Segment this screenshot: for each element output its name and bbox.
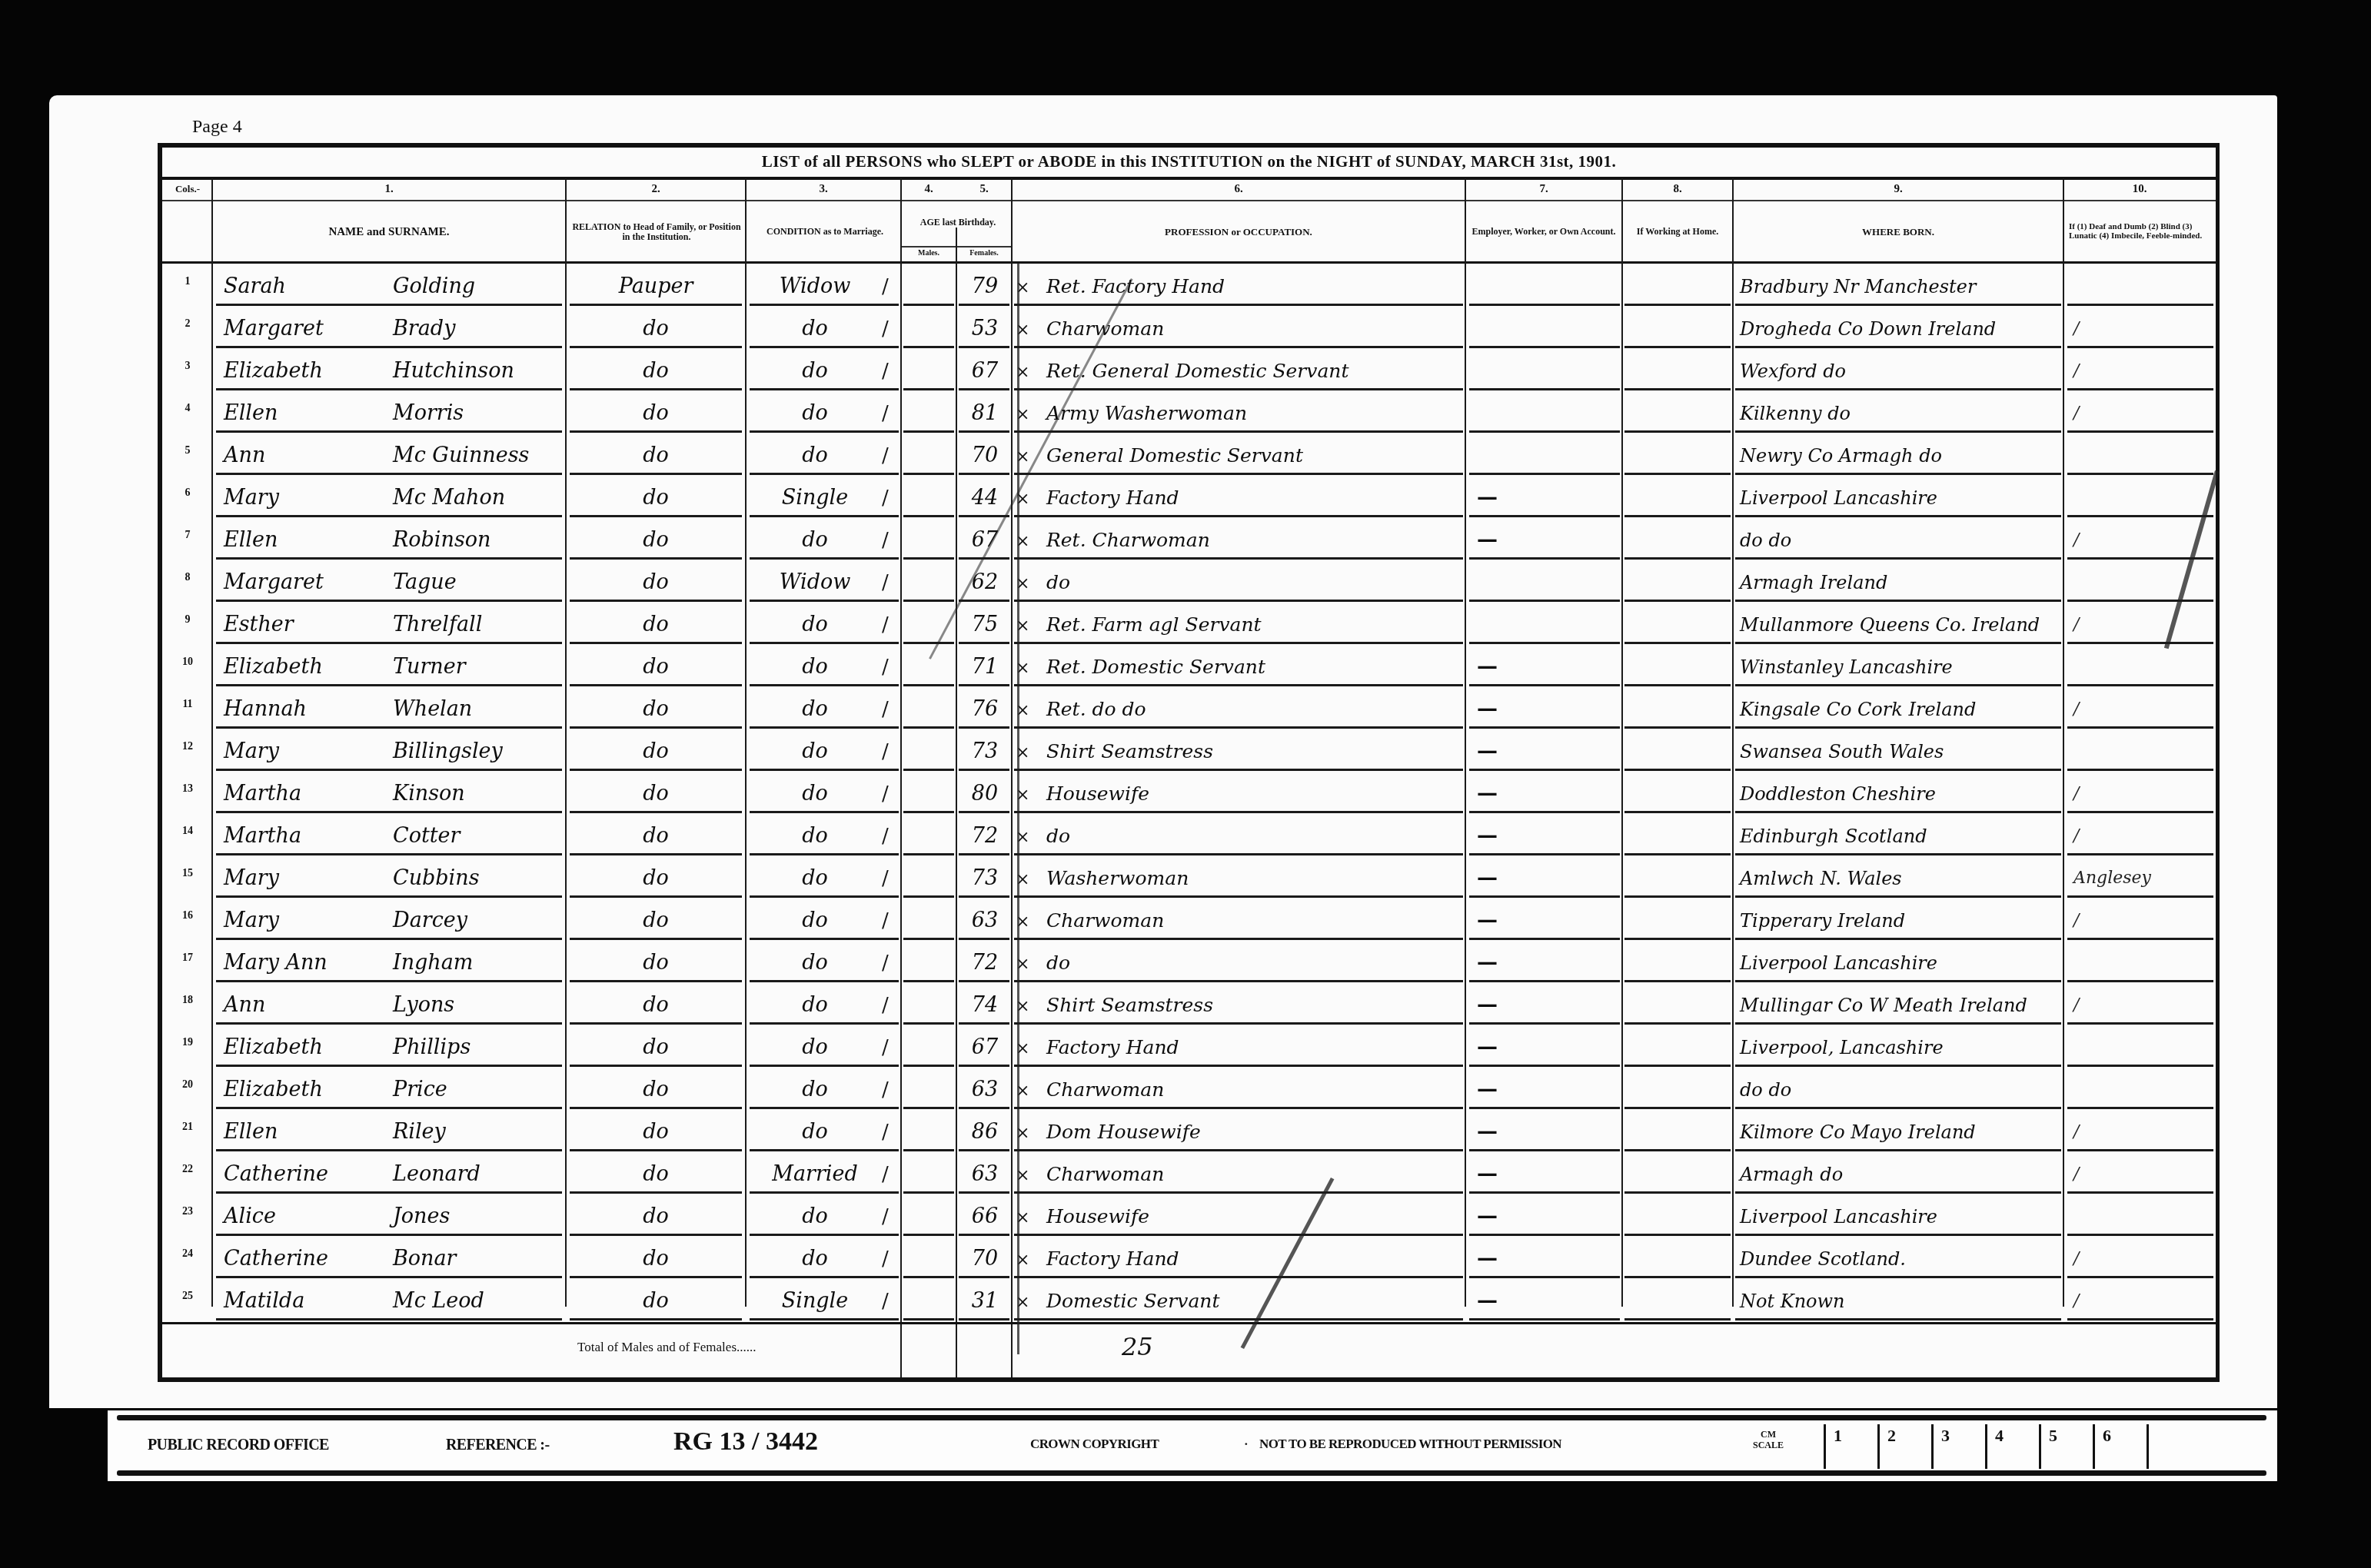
ruled-line bbox=[1014, 473, 1463, 475]
ruled-line bbox=[1624, 1234, 1731, 1236]
surname: Brady bbox=[393, 312, 455, 346]
occupation: Shirt Seamstress bbox=[1046, 988, 1213, 1022]
condition: do bbox=[750, 523, 880, 557]
relation: do bbox=[570, 1200, 742, 1234]
condition: do bbox=[750, 904, 880, 938]
condition: Widow bbox=[750, 270, 880, 304]
ruled-line bbox=[903, 430, 954, 433]
ruled-line bbox=[1624, 642, 1731, 644]
occupation: Charwoman bbox=[1046, 1158, 1164, 1191]
ruled-line bbox=[2067, 515, 2213, 517]
footer-notice: NOT TO BE REPRODUCED WITHOUT PERMISSION bbox=[1250, 1437, 1561, 1452]
table-row: 25 Matilda Mc Leod do Single / 31 × Dome… bbox=[162, 1280, 2216, 1322]
ruled-line bbox=[1469, 600, 1620, 602]
where-born: Mullanmore Queens Co. Ireland bbox=[1740, 608, 2040, 642]
relation: do bbox=[570, 566, 742, 600]
ruled-line bbox=[959, 430, 1009, 433]
ruled-line bbox=[750, 853, 899, 855]
table-row: 13 Martha Kinson do do / 80 × Housewife … bbox=[162, 772, 2216, 815]
ruled-line bbox=[959, 304, 1009, 306]
ruled-line bbox=[216, 1149, 562, 1151]
row-number: 13 bbox=[162, 783, 213, 796]
ruled-line bbox=[959, 684, 1009, 686]
ruled-line bbox=[2067, 1191, 2213, 1194]
col-number-10: 10. bbox=[2064, 183, 2215, 196]
row-number: 18 bbox=[162, 995, 213, 1007]
col-number-3: 3. bbox=[747, 183, 900, 196]
age-female: 31 bbox=[962, 1284, 1008, 1318]
occupation: Charwoman bbox=[1046, 904, 1164, 938]
ruled-line bbox=[216, 769, 562, 771]
condition: do bbox=[750, 354, 880, 388]
col-number-7: 7. bbox=[1466, 183, 1621, 196]
table-row: 15 Mary Cubbins do do / 73 × Washerwoman… bbox=[162, 857, 2216, 899]
ruled-line bbox=[1014, 1149, 1463, 1151]
employer: — bbox=[1477, 693, 1498, 726]
row-number: 14 bbox=[162, 826, 213, 838]
relation: do bbox=[570, 946, 742, 980]
first-name: Mary Ann bbox=[224, 946, 328, 980]
ruled-line bbox=[750, 1234, 899, 1236]
first-name: Esther bbox=[224, 608, 294, 642]
divider bbox=[162, 177, 2216, 180]
relation: do bbox=[570, 397, 742, 430]
ruled-line bbox=[750, 1149, 899, 1151]
ruled-line bbox=[750, 726, 899, 729]
ruled-line bbox=[903, 1065, 954, 1067]
ruled-line bbox=[1735, 980, 2061, 982]
infirmity: / bbox=[2073, 312, 2079, 346]
ruled-line bbox=[2067, 726, 2213, 729]
ruled-line bbox=[570, 895, 742, 898]
age-female: 66 bbox=[962, 1200, 1008, 1234]
occupation: do bbox=[1046, 946, 1070, 980]
condition: do bbox=[750, 735, 880, 769]
surname: Jones bbox=[393, 1200, 450, 1234]
divider bbox=[117, 1470, 2266, 1476]
ruled-line bbox=[1469, 1065, 1620, 1067]
first-name: Catherine bbox=[224, 1158, 328, 1191]
ruled-line bbox=[1014, 346, 1463, 348]
age-female: 71 bbox=[962, 650, 1008, 684]
row-number: 21 bbox=[162, 1121, 213, 1134]
employer: — bbox=[1477, 1073, 1498, 1107]
header-working-home: If Working at Home. bbox=[1626, 203, 1729, 261]
occupation: Ret. Farm agl Servant bbox=[1046, 608, 1262, 642]
table-row: 16 Mary Darcey do do / 63 × Charwoman — … bbox=[162, 899, 2216, 942]
ruled-line bbox=[903, 1149, 954, 1151]
header-infirmity: If (1) Deaf and Dumb (2) Blind (3) Lunat… bbox=[2069, 203, 2213, 261]
where-born: Bradbury Nr Manchester bbox=[1740, 270, 1976, 304]
where-born: do do bbox=[1740, 1073, 1791, 1107]
col-number-1: 1. bbox=[213, 183, 565, 196]
surname: Morris bbox=[393, 397, 464, 430]
surname: Bonar bbox=[393, 1242, 457, 1276]
occupation: Ret. Factory Hand bbox=[1046, 270, 1225, 304]
divider bbox=[162, 261, 2216, 264]
table-row: 18 Ann Lyons do do / 74 × Shirt Seamstre… bbox=[162, 984, 2216, 1026]
ruled-line bbox=[1014, 642, 1463, 644]
ruled-line bbox=[1735, 1191, 2061, 1194]
header-occupation: PROFESSION or OCCUPATION. bbox=[1013, 203, 1465, 261]
ruled-line bbox=[216, 1191, 562, 1194]
first-name: Elizabeth bbox=[224, 650, 323, 684]
table-row: 11 Hannah Whelan do do / 76 × Ret. do do… bbox=[162, 688, 2216, 730]
age-female: 70 bbox=[962, 1242, 1008, 1276]
ruled-line bbox=[959, 1191, 1009, 1194]
ruled-line bbox=[1624, 557, 1731, 560]
ruled-line bbox=[1014, 600, 1463, 602]
age-female: 86 bbox=[962, 1115, 1008, 1149]
relation: do bbox=[570, 1284, 742, 1318]
first-name: Elizabeth bbox=[224, 354, 323, 388]
where-born: do do bbox=[1740, 523, 1791, 557]
table-row: 17 Mary Ann Ingham do do / 72 × do — Liv… bbox=[162, 942, 2216, 984]
ruled-line bbox=[1735, 1318, 2061, 1321]
col-number-9: 9. bbox=[1734, 183, 2063, 196]
ruled-line bbox=[750, 515, 899, 517]
surname: Whelan bbox=[393, 693, 472, 726]
condition: do bbox=[750, 439, 880, 473]
first-name: Mary bbox=[224, 904, 279, 938]
where-born: Kilmore Co Mayo Ireland bbox=[1740, 1115, 1976, 1149]
relation: do bbox=[570, 862, 742, 895]
condition: do bbox=[750, 650, 880, 684]
tick-mark: / bbox=[882, 397, 889, 430]
first-name: Hannah bbox=[224, 693, 307, 726]
condition: do bbox=[750, 1073, 880, 1107]
table-row: 2 Margaret Brady do do / 53 × Charwoman … bbox=[162, 307, 2216, 350]
ruled-line bbox=[216, 388, 562, 390]
condition: do bbox=[750, 1242, 880, 1276]
tick-mark: / bbox=[882, 777, 889, 811]
ruled-line bbox=[1624, 1191, 1731, 1194]
row-number: 17 bbox=[162, 952, 213, 965]
age-female: 72 bbox=[962, 946, 1008, 980]
scale-cell bbox=[2147, 1424, 2200, 1469]
surname: Mc Leod bbox=[393, 1284, 484, 1318]
ruled-line bbox=[1624, 1065, 1731, 1067]
ruled-line bbox=[1469, 684, 1620, 686]
age-female: 73 bbox=[962, 862, 1008, 895]
ruled-line bbox=[570, 1234, 742, 1236]
relation: do bbox=[570, 693, 742, 726]
ruled-line bbox=[1624, 1318, 1731, 1321]
ruled-line bbox=[959, 726, 1009, 729]
ruled-line bbox=[903, 1234, 954, 1236]
ruled-line bbox=[959, 980, 1009, 982]
ruled-line bbox=[903, 557, 954, 560]
ruled-line bbox=[959, 473, 1009, 475]
ruled-line bbox=[1469, 346, 1620, 348]
first-name: Ann bbox=[224, 988, 265, 1022]
row-number: 4 bbox=[162, 403, 213, 415]
ruled-line bbox=[2067, 1276, 2213, 1278]
ruled-line bbox=[1014, 1107, 1463, 1109]
tick-mark: / bbox=[882, 904, 889, 938]
ruled-line bbox=[903, 853, 954, 855]
totals-row: Total of Males and of Females...... 25 bbox=[162, 1324, 2216, 1378]
where-born: Winstanley Lancashire bbox=[1740, 650, 1953, 684]
tick-mark: / bbox=[882, 1031, 889, 1065]
ruled-line bbox=[2067, 1022, 2213, 1025]
first-name: Sarah bbox=[224, 270, 286, 304]
ruled-line bbox=[959, 388, 1009, 390]
table-row: 7 Ellen Robinson do do / 67 × Ret. Charw… bbox=[162, 519, 2216, 561]
ruled-line bbox=[570, 346, 742, 348]
ruled-line bbox=[1469, 304, 1620, 306]
ruled-line bbox=[1469, 895, 1620, 898]
ruled-line bbox=[1624, 769, 1731, 771]
table-row: 20 Elizabeth Price do do / 63 × Charwoma… bbox=[162, 1068, 2216, 1111]
row-number: 12 bbox=[162, 741, 213, 753]
age-female: 63 bbox=[962, 1158, 1008, 1191]
first-name: Elizabeth bbox=[224, 1073, 323, 1107]
infirmity: / bbox=[2073, 988, 2079, 1022]
surname: Kinson bbox=[393, 777, 465, 811]
ruled-line bbox=[1624, 388, 1731, 390]
scale-tick: 1 bbox=[1834, 1426, 1842, 1446]
infirmity: / bbox=[2073, 1242, 2079, 1276]
ruled-line bbox=[1014, 1065, 1463, 1067]
ruled-line bbox=[1469, 1022, 1620, 1025]
ruled-line bbox=[1735, 811, 2061, 813]
ruled-line bbox=[750, 895, 899, 898]
ruled-line bbox=[750, 600, 899, 602]
ruled-line bbox=[216, 557, 562, 560]
surname: Ingham bbox=[393, 946, 473, 980]
occupation: General Domestic Servant bbox=[1046, 439, 1303, 473]
ruled-line bbox=[1014, 557, 1463, 560]
relation: do bbox=[570, 354, 742, 388]
page-label: Page 4 bbox=[192, 117, 242, 138]
where-born: Edinburgh Scotland bbox=[1740, 819, 1927, 853]
ruled-line bbox=[570, 515, 742, 517]
ruled-line bbox=[1735, 430, 2061, 433]
ruled-line bbox=[1014, 769, 1463, 771]
table-row: 21 Ellen Riley do do / 86 × Dom Housewif… bbox=[162, 1111, 2216, 1153]
col-number-5: 5. bbox=[957, 183, 1011, 196]
table-row: 5 Ann Mc Guinness do do / 70 × General D… bbox=[162, 434, 2216, 477]
surname: Leonard bbox=[393, 1158, 481, 1191]
relation: do bbox=[570, 1073, 742, 1107]
header-relation: RELATION to Head of Family, or Position … bbox=[570, 203, 743, 261]
ruled-line bbox=[1624, 1022, 1731, 1025]
surname: Riley bbox=[393, 1115, 446, 1149]
ruled-line bbox=[1624, 304, 1731, 306]
ruled-line bbox=[903, 895, 954, 898]
infirmity: / bbox=[2073, 904, 2079, 938]
where-born: Amlwch N. Wales bbox=[1740, 862, 1902, 895]
ruled-line bbox=[570, 388, 742, 390]
occupation: Housewife bbox=[1046, 1200, 1149, 1234]
ruled-line bbox=[1014, 853, 1463, 855]
age-female: 72 bbox=[962, 819, 1008, 853]
surname: Mc Guinness bbox=[393, 439, 529, 473]
ruled-line bbox=[1014, 895, 1463, 898]
footer-reference: RG 13 / 3442 bbox=[673, 1427, 818, 1457]
first-name: Matilda bbox=[224, 1284, 304, 1318]
ruled-line bbox=[216, 853, 562, 855]
ruled-line bbox=[2067, 600, 2213, 602]
where-born: Wexford do bbox=[1740, 354, 1846, 388]
ruled-line bbox=[1469, 430, 1620, 433]
ruled-line bbox=[216, 1318, 562, 1321]
ruled-line bbox=[216, 600, 562, 602]
occupation: Dom Housewife bbox=[1046, 1115, 1201, 1149]
ruled-line bbox=[959, 1022, 1009, 1025]
infirmity: / bbox=[2073, 354, 2079, 388]
table-row: 8 Margaret Tague do Widow / 62 × do Arma… bbox=[162, 561, 2216, 603]
ruled-line bbox=[570, 726, 742, 729]
occupation: Ret. Domestic Servant bbox=[1046, 650, 1265, 684]
scale-tick: 5 bbox=[2049, 1426, 2057, 1446]
ruled-line bbox=[959, 1234, 1009, 1236]
ruled-line bbox=[1624, 684, 1731, 686]
age-female: 67 bbox=[962, 1031, 1008, 1065]
ruled-line bbox=[1735, 853, 2061, 855]
ruled-line bbox=[1624, 895, 1731, 898]
ruled-line bbox=[570, 430, 742, 433]
ruled-line bbox=[1624, 600, 1731, 602]
ruled-line bbox=[1469, 515, 1620, 517]
row-number: 24 bbox=[162, 1248, 213, 1261]
ruled-line bbox=[959, 811, 1009, 813]
ruled-line bbox=[1469, 769, 1620, 771]
ruled-line bbox=[1735, 769, 2061, 771]
infirmity: / bbox=[2073, 1115, 2079, 1149]
totals-label: Total of Males and of Females...... bbox=[577, 1340, 757, 1355]
ruled-line bbox=[959, 769, 1009, 771]
age-female: 73 bbox=[962, 735, 1008, 769]
first-name: Martha bbox=[224, 819, 301, 853]
scale-label: CM SCALE bbox=[1753, 1429, 1784, 1451]
relation: do bbox=[570, 650, 742, 684]
col-number-4: 4. bbox=[902, 183, 956, 196]
ruled-line bbox=[903, 726, 954, 729]
scale-label-cm: CM bbox=[1753, 1429, 1784, 1440]
row-number: 22 bbox=[162, 1164, 213, 1176]
ruled-line bbox=[750, 304, 899, 306]
tick-mark: / bbox=[882, 650, 889, 684]
first-name: Martha bbox=[224, 777, 301, 811]
ruled-line bbox=[1014, 811, 1463, 813]
ruled-line bbox=[216, 1234, 562, 1236]
row-number: 6 bbox=[162, 487, 213, 500]
first-name: Margaret bbox=[224, 566, 324, 600]
occupation: Factory Hand bbox=[1046, 1242, 1179, 1276]
ruled-line bbox=[1469, 557, 1620, 560]
header-condition: CONDITION as to Marriage. bbox=[763, 203, 886, 261]
scale-tick: 2 bbox=[1887, 1426, 1896, 1446]
relation: do bbox=[570, 439, 742, 473]
ruled-line bbox=[959, 1107, 1009, 1109]
table-row: 1 Sarah Golding Pauper Widow / 79 × Ret.… bbox=[162, 265, 2216, 307]
ruled-line bbox=[1624, 346, 1731, 348]
first-name: Ellen bbox=[224, 523, 278, 557]
ruled-line bbox=[1624, 430, 1731, 433]
relation: do bbox=[570, 735, 742, 769]
ruled-line bbox=[1735, 1234, 2061, 1236]
where-born: Liverpool Lancashire bbox=[1740, 1200, 1937, 1234]
ruled-line bbox=[903, 388, 954, 390]
ruled-line bbox=[903, 938, 954, 940]
relation: do bbox=[570, 1031, 742, 1065]
occupation: Ret. Charwoman bbox=[1046, 523, 1210, 557]
ruled-line bbox=[570, 938, 742, 940]
ruled-line bbox=[903, 346, 954, 348]
ruled-line bbox=[903, 769, 954, 771]
age-female: 70 bbox=[962, 439, 1008, 473]
row-number: 3 bbox=[162, 360, 213, 373]
occupation: Domestic Servant bbox=[1046, 1284, 1219, 1318]
employer: — bbox=[1477, 1242, 1498, 1276]
occupation: do bbox=[1046, 819, 1070, 853]
row-number: 11 bbox=[162, 699, 213, 711]
scale-cell: 1 bbox=[1824, 1424, 1877, 1469]
ruled-line bbox=[750, 1022, 899, 1025]
where-born: Armagh do bbox=[1740, 1158, 1843, 1191]
ruled-line bbox=[903, 684, 954, 686]
ruled-line bbox=[903, 1022, 954, 1025]
age-female: 81 bbox=[962, 397, 1008, 430]
ruled-line bbox=[2067, 895, 2213, 898]
age-female: 80 bbox=[962, 777, 1008, 811]
table-row: 24 Catherine Bonar do do / 70 × Factory … bbox=[162, 1237, 2216, 1280]
condition: do bbox=[750, 1031, 880, 1065]
footer-copyright: CROWN COPYRIGHT bbox=[1030, 1437, 1159, 1452]
ruled-line bbox=[1735, 388, 2061, 390]
surname: Tague bbox=[393, 566, 457, 600]
ruled-line bbox=[216, 346, 562, 348]
row-number: 19 bbox=[162, 1037, 213, 1049]
scale-tick: 4 bbox=[1995, 1426, 2004, 1446]
table-row: 4 Ellen Morris do do / 81 × Army Washerw… bbox=[162, 392, 2216, 434]
ruled-line bbox=[570, 1318, 742, 1321]
ruled-line bbox=[959, 515, 1009, 517]
ruled-line bbox=[216, 642, 562, 644]
surname: Lyons bbox=[393, 988, 454, 1022]
ruled-line bbox=[959, 1149, 1009, 1151]
tick-mark: / bbox=[882, 988, 889, 1022]
ruled-line bbox=[959, 1065, 1009, 1067]
condition: Single bbox=[750, 1284, 880, 1318]
surname: Threlfall bbox=[393, 608, 482, 642]
ruled-line bbox=[750, 557, 899, 560]
ruled-line bbox=[1014, 515, 1463, 517]
header-age-females: Females. bbox=[957, 249, 1011, 257]
ruled-line bbox=[1624, 980, 1731, 982]
scale-cell: 3 bbox=[1931, 1424, 1985, 1469]
infirmity: / bbox=[2073, 1284, 2079, 1318]
ruled-line bbox=[903, 473, 954, 475]
ruled-line bbox=[903, 811, 954, 813]
where-born: Tipperary Ireland bbox=[1740, 904, 1905, 938]
age-female: 67 bbox=[962, 354, 1008, 388]
surname: Robinson bbox=[393, 523, 490, 557]
ruled-line bbox=[2067, 1234, 2213, 1236]
condition: do bbox=[750, 819, 880, 853]
table-row: 3 Elizabeth Hutchinson do do / 67 × Ret.… bbox=[162, 350, 2216, 392]
ruled-line bbox=[216, 726, 562, 729]
condition: do bbox=[750, 397, 880, 430]
employer: — bbox=[1477, 1200, 1498, 1234]
row-number: 8 bbox=[162, 572, 213, 584]
ruled-line bbox=[1469, 642, 1620, 644]
where-born: Kilkenny do bbox=[1740, 397, 1851, 430]
ruled-line bbox=[570, 853, 742, 855]
ruled-line bbox=[1735, 1149, 2061, 1151]
